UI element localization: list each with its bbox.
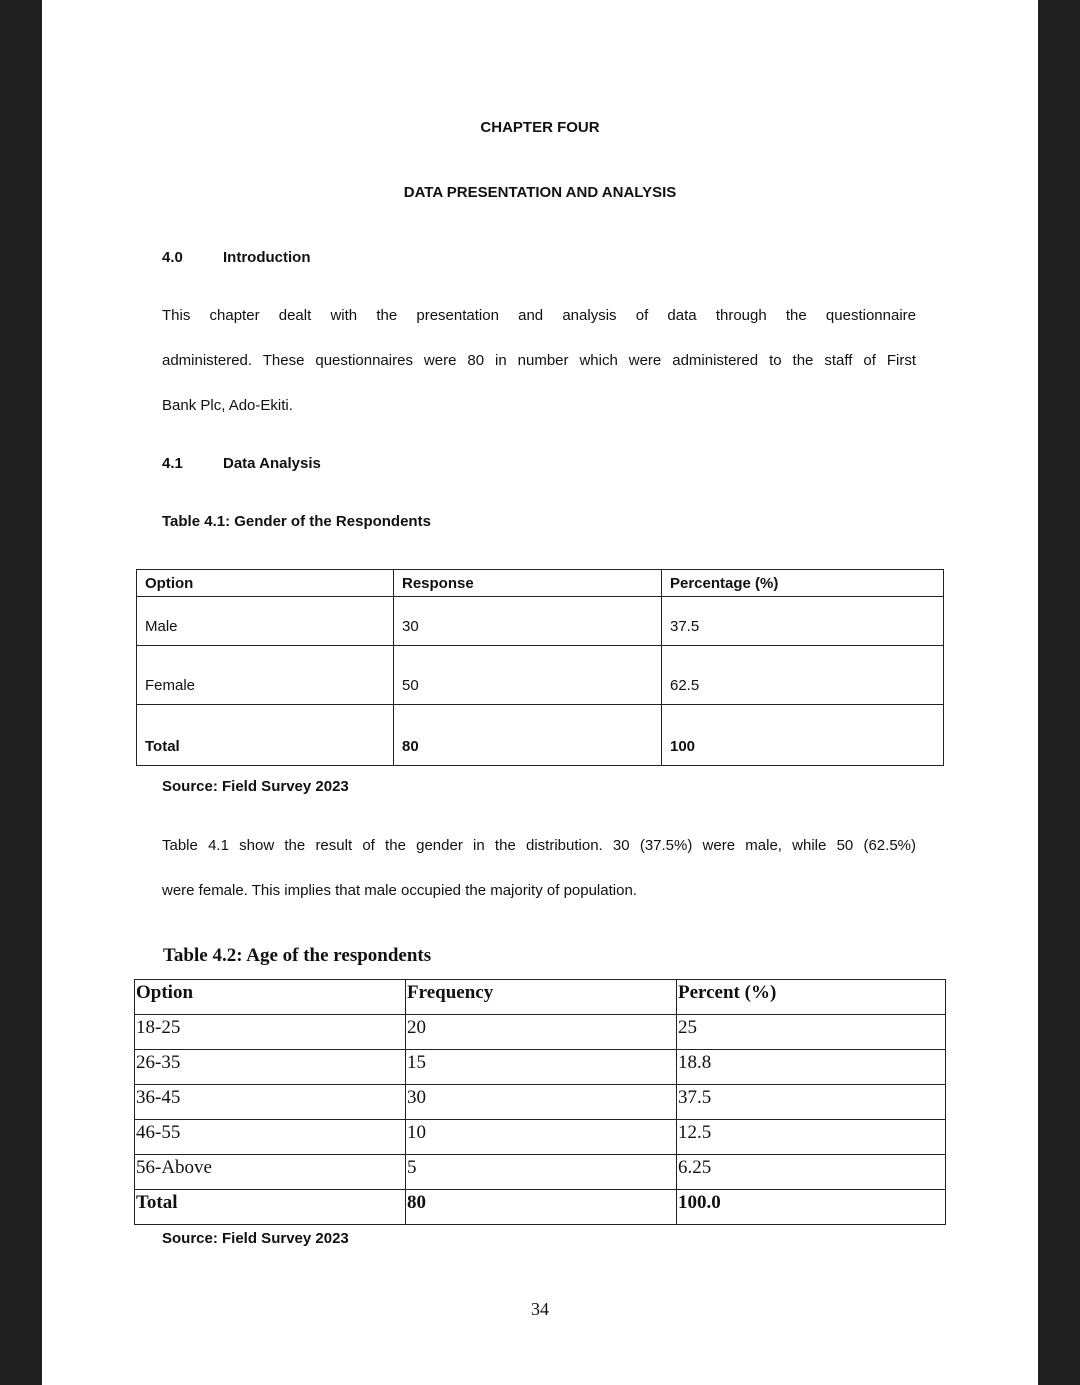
table-1-source: Source: Field Survey 2023 [162,778,349,795]
header-cell: Percentage (%) [662,570,944,597]
table-cell: 100.0 [677,1190,946,1225]
header-cell: Option [135,980,406,1015]
table-row: 36-45 30 37.5 [135,1085,946,1120]
table-cell: 30 [406,1085,677,1120]
table-cell: Male [137,597,394,646]
table-header-row: Option Response Percentage (%) [137,570,944,597]
table-cell: 10 [406,1120,677,1155]
table-cell: 26-35 [135,1050,406,1085]
table-cell: 80 [406,1190,677,1225]
table-cell: 37.5 [677,1085,946,1120]
table-cell: 36-45 [135,1085,406,1120]
table-cell: 6.25 [677,1155,946,1190]
table-cell: 20 [406,1015,677,1050]
header-cell: Response [394,570,662,597]
table-cell: 12.5 [677,1120,946,1155]
page-number: 34 [42,1299,1038,1320]
table-row: Male 30 37.5 [137,597,944,646]
table-cell: 62.5 [662,646,944,705]
table-cell: 25 [677,1015,946,1050]
table-cell: 37.5 [662,597,944,646]
table-1-discussion-line-1: Table 4.1 show the result of the gender … [162,837,916,854]
table-cell: 100 [662,705,944,766]
table-row: 26-35 15 18.8 [135,1050,946,1085]
header-cell: Percent (%) [677,980,946,1015]
table-1-caption: Table 4.1: Gender of the Respondents [162,513,431,530]
table-cell: 80 [394,705,662,766]
section-title: Introduction [223,249,310,266]
table-cell: 50 [394,646,662,705]
table-row: Female 50 62.5 [137,646,944,705]
header-cell: Option [137,570,394,597]
table-header-row: Option Frequency Percent (%) [135,980,946,1015]
document-page: CHAPTER FOUR DATA PRESENTATION AND ANALY… [42,0,1038,1385]
table-2-source: Source: Field Survey 2023 [162,1230,349,1247]
section-number: 4.1 [162,455,223,472]
table-cell: 15 [406,1050,677,1085]
section-number: 4.0 [162,249,223,266]
section-heading-data-analysis: 4.1Data Analysis [162,455,321,472]
intro-paragraph-line-3: Bank Plc, Ado-Ekiti. [162,397,916,414]
intro-paragraph-line-2: administered. These questionnaires were … [162,352,916,369]
table-1-discussion-line-2: were female. This implies that male occu… [162,882,916,899]
table-cell: 56-Above [135,1155,406,1190]
gender-table: Option Response Percentage (%) Male 30 3… [136,569,944,766]
table-cell: Total [137,705,394,766]
table-cell: 5 [406,1155,677,1190]
table-cell: 18-25 [135,1015,406,1050]
table-row: 18-25 20 25 [135,1015,946,1050]
chapter-number-title: CHAPTER FOUR [42,119,1038,136]
table-cell: 46-55 [135,1120,406,1155]
header-cell: Frequency [406,980,677,1015]
table-total-row: Total 80 100.0 [135,1190,946,1225]
table-row: 46-55 10 12.5 [135,1120,946,1155]
section-title: Data Analysis [223,455,321,472]
table-cell: Total [135,1190,406,1225]
table-total-row: Total 80 100 [137,705,944,766]
age-table: Option Frequency Percent (%) 18-25 20 25… [134,979,946,1225]
table-cell: 18.8 [677,1050,946,1085]
table-cell: 30 [394,597,662,646]
section-heading-introduction: 4.0Introduction [162,249,310,266]
table-cell: Female [137,646,394,705]
table-row: 56-Above 5 6.25 [135,1155,946,1190]
intro-paragraph-line-1: This chapter dealt with the presentation… [162,307,916,324]
chapter-subtitle: DATA PRESENTATION AND ANALYSIS [42,184,1038,201]
table-2-caption: Table 4.2: Age of the respondents [163,945,431,967]
